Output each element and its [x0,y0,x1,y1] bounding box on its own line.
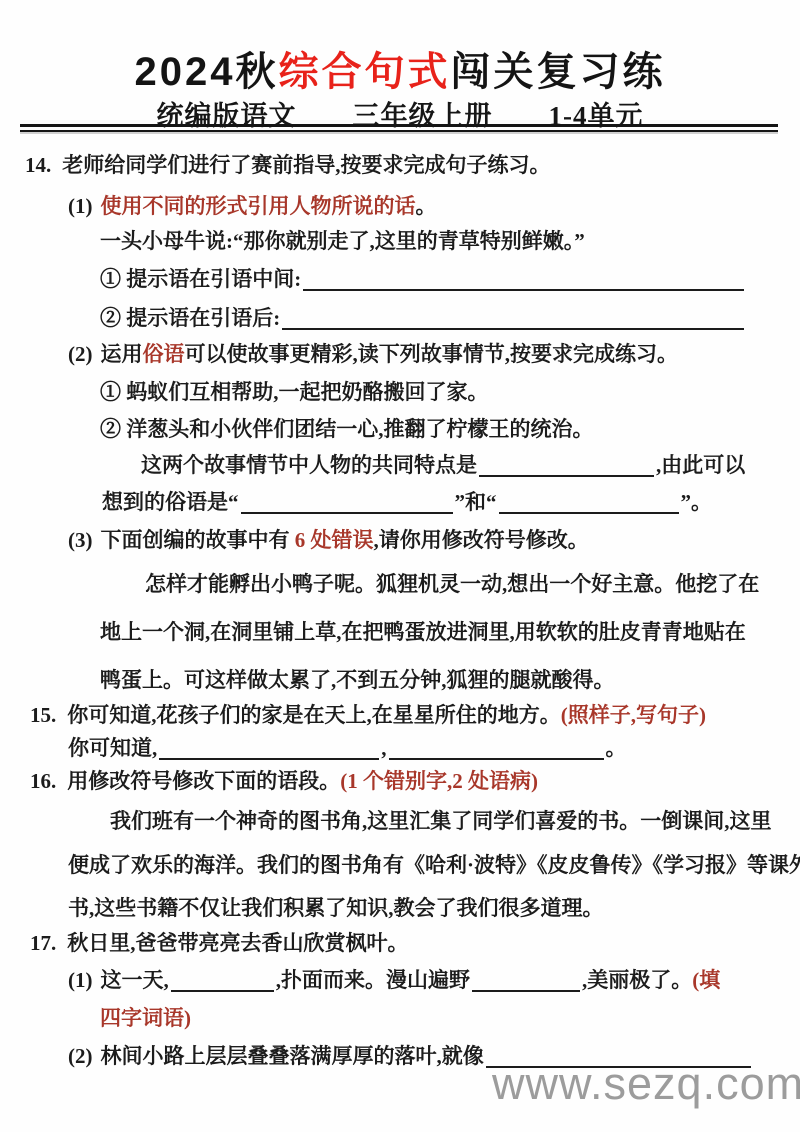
q14-part1-item1: ① 提示语在引语中间: [100,266,746,292]
q14-part2-keyword: 俗语 [143,341,185,367]
q14-part2-line2-pre: 想到的俗语是“ [102,489,239,515]
q14-part2-line2-end: ”。 [681,489,713,515]
q17-part1-annotation-cont: 四字词语) [100,1005,191,1031]
answer-blank [171,968,274,992]
q14-part2-pre: 运用 [101,341,143,367]
q14-part1-label: (1) [68,193,93,219]
story-text: 鸭蛋上。可这样做太累了,不到五分钟,狐狸的腿就酸得。 [100,667,615,693]
q14-part3-error-count: 6 处错误 [295,527,374,553]
q14-part2-item1: ① 蚂蚁们互相帮助,一起把奶酪搬回了家。 [100,379,489,405]
q14-part2-item1-text: ① 蚂蚁们互相帮助,一起把奶酪搬回了家。 [100,379,489,405]
answer-blank [159,736,379,760]
q14-stem: 老师给同学们进行了赛前指导,按要求完成句子练习。 [62,152,550,178]
answer-blank [472,968,580,992]
q17-part1-mid: ,扑面而来。漫山遍野 [276,967,470,993]
q17-part2-label: (2) [68,1043,93,1069]
q14-part2-answer-line1: 这两个故事情节中人物的共同特点是,由此可以 [141,452,745,478]
q17-part1-line: (1)这一天,,扑面而来。漫山遍野,美丽极了。(填 [68,967,720,993]
q14-number: 14. [25,152,51,178]
q14-part3-post: ,请你用修改符号修改。 [374,527,589,553]
title-accent: 综合句式 [278,50,450,94]
header-divider [20,124,778,132]
q16-number: 16. [30,768,56,794]
q15-answer-period: 。 [606,735,627,761]
q14-part2-line: (2)运用俗语可以使故事更精彩,读下列故事情节,按要求完成练习。 [68,341,678,367]
q17-number: 17. [30,930,56,956]
q15-stem: 你可知道,花孩子们的家是在天上,在星星所住的地方。 [67,702,561,728]
answer-blank [499,490,679,514]
q16-stem-line: 16.用修改符号修改下面的语段。(1 个错别字,2 处语病) [30,768,538,794]
q15-stem-line: 15.你可知道,花孩子们的家是在天上,在星星所住的地方。(照样子,写句子) [30,702,706,728]
q15-annotation: (照样子,写句子) [561,702,706,728]
q14-part2-answer-line2: 想到的俗语是“”和“”。 [102,489,712,515]
q17-stem-line: 17.秋日里,爸爸带亮亮去香山欣赏枫叶。 [30,930,409,956]
answer-blank [389,736,604,760]
answer-blank [282,306,744,330]
page-title: 2024秋综合句式闯关复习练 [0,40,800,97]
q16-para-line3: 书,这些书籍不仅让我们积累了知识,教会了我们很多道理。 [68,895,604,921]
q17-stem: 秋日里,爸爸带亮亮去香山欣赏枫叶。 [67,930,408,956]
q14-part3-line: (3)下面创编的故事中有 6 处错误,请你用修改符号修改。 [68,527,589,553]
q14-part3-story-line3: 鸭蛋上。可这样做太累了,不到五分钟,狐狸的腿就酸得。 [100,667,615,693]
q14-part1-instruction: 使用不同的形式引用人物所说的话 [101,193,416,219]
answer-blank [241,490,453,514]
q14-part3-story-line1: 怎样才能孵出小鸭子呢。狐狸机灵一动,想出一个好主意。他挖了在 [145,571,759,597]
q14-part1-period: 。 [416,193,437,219]
answer-blank [479,453,654,477]
watermark: www.sezq.com [492,1058,800,1110]
q17-part1-label: (1) [68,967,93,993]
q17-part1-annotation-start: (填 [692,967,720,993]
q14-part2-label: (2) [68,341,93,367]
story-text: 怎样才能孵出小鸭子呢。狐狸机灵一动,想出一个好主意。他挖了在 [145,571,759,597]
q14-part3-pre: 下面创编的故事中有 [101,527,295,553]
answer-blank [303,267,744,291]
title-part-right: 闯关复习练 [450,50,665,94]
paragraph-text: 便成了欢乐的海洋。我们的图书角有《哈利·波特》《皮皮鲁传》《学习报》等课外 [68,852,800,878]
q16-para-line1: 我们班有一个神奇的图书角,这里汇集了同学们喜爱的书。一倒课间,这里 [110,808,772,834]
title-part-left: 2024秋 [135,50,279,94]
q17-part1-annotation-line: 四字词语) [100,1005,191,1031]
q14-part1-example-text: 一头小母牛说:“那你就别走了,这里的青草特别鲜嫩。” [100,228,585,254]
q14-part3-story-line2: 地上一个洞,在洞里铺上草,在把鸭蛋放进洞里,用软软的肚皮青青地贴在 [100,619,746,645]
q14-part2-item2: ② 洋葱头和小伙伴们团结一心,推翻了柠檬王的统治。 [100,416,594,442]
q14-part2-line2-mid: ”和“ [455,489,497,515]
q16-stem: 用修改符号修改下面的语段。 [67,768,340,794]
q16-annotation: (1 个错别字,2 处语病) [340,768,538,794]
q17-part1-post: ,美丽极了。 [582,967,692,993]
paragraph-text: 我们班有一个神奇的图书角,这里汇集了同学们喜爱的书。一倒课间,这里 [110,808,772,834]
q15-number: 15. [30,702,56,728]
q15-answer-line: 你可知道,,。 [68,735,627,761]
worksheet-page: 2024秋综合句式闯关复习练 统编版语文 三年级上册 1-4单元 14.老师给同… [0,0,800,1132]
q14-part1-item1-text: ① 提示语在引语中间: [100,266,301,292]
story-text: 地上一个洞,在洞里铺上草,在把鸭蛋放进洞里,用软软的肚皮青青地贴在 [100,619,746,645]
q17-part1-pre: 这一天, [101,967,169,993]
q14-part2-line1-pre: 这两个故事情节中人物的共同特点是 [141,452,477,478]
paragraph-text: 书,这些书籍不仅让我们积累了知识,教会了我们很多道理。 [68,895,604,921]
q14-part2-post: 可以使故事更精彩,读下列故事情节,按要求完成练习。 [185,341,679,367]
q14-part2-item2-text: ② 洋葱头和小伙伴们团结一心,推翻了柠檬王的统治。 [100,416,594,442]
q15-answer-comma: , [381,735,386,761]
q14-part2-line1-post: ,由此可以 [656,452,745,478]
q14-stem-line: 14.老师给同学们进行了赛前指导,按要求完成句子练习。 [25,152,551,178]
q14-part1-line: (1)使用不同的形式引用人物所说的话。 [68,193,437,219]
q14-part1-item2: ② 提示语在引语后: [100,305,746,331]
q17-part2-pre: 林间小路上层层叠叠落满厚厚的落叶,就像 [101,1043,484,1069]
q15-answer-pre: 你可知道, [68,735,157,761]
q14-part1-example: 一头小母牛说:“那你就别走了,这里的青草特别鲜嫩。” [100,228,585,254]
q14-part1-item2-text: ② 提示语在引语后: [100,305,280,331]
q16-para-line2: 便成了欢乐的海洋。我们的图书角有《哈利·波特》《皮皮鲁传》《学习报》等课外 [68,852,800,878]
q14-part3-label: (3) [68,527,93,553]
